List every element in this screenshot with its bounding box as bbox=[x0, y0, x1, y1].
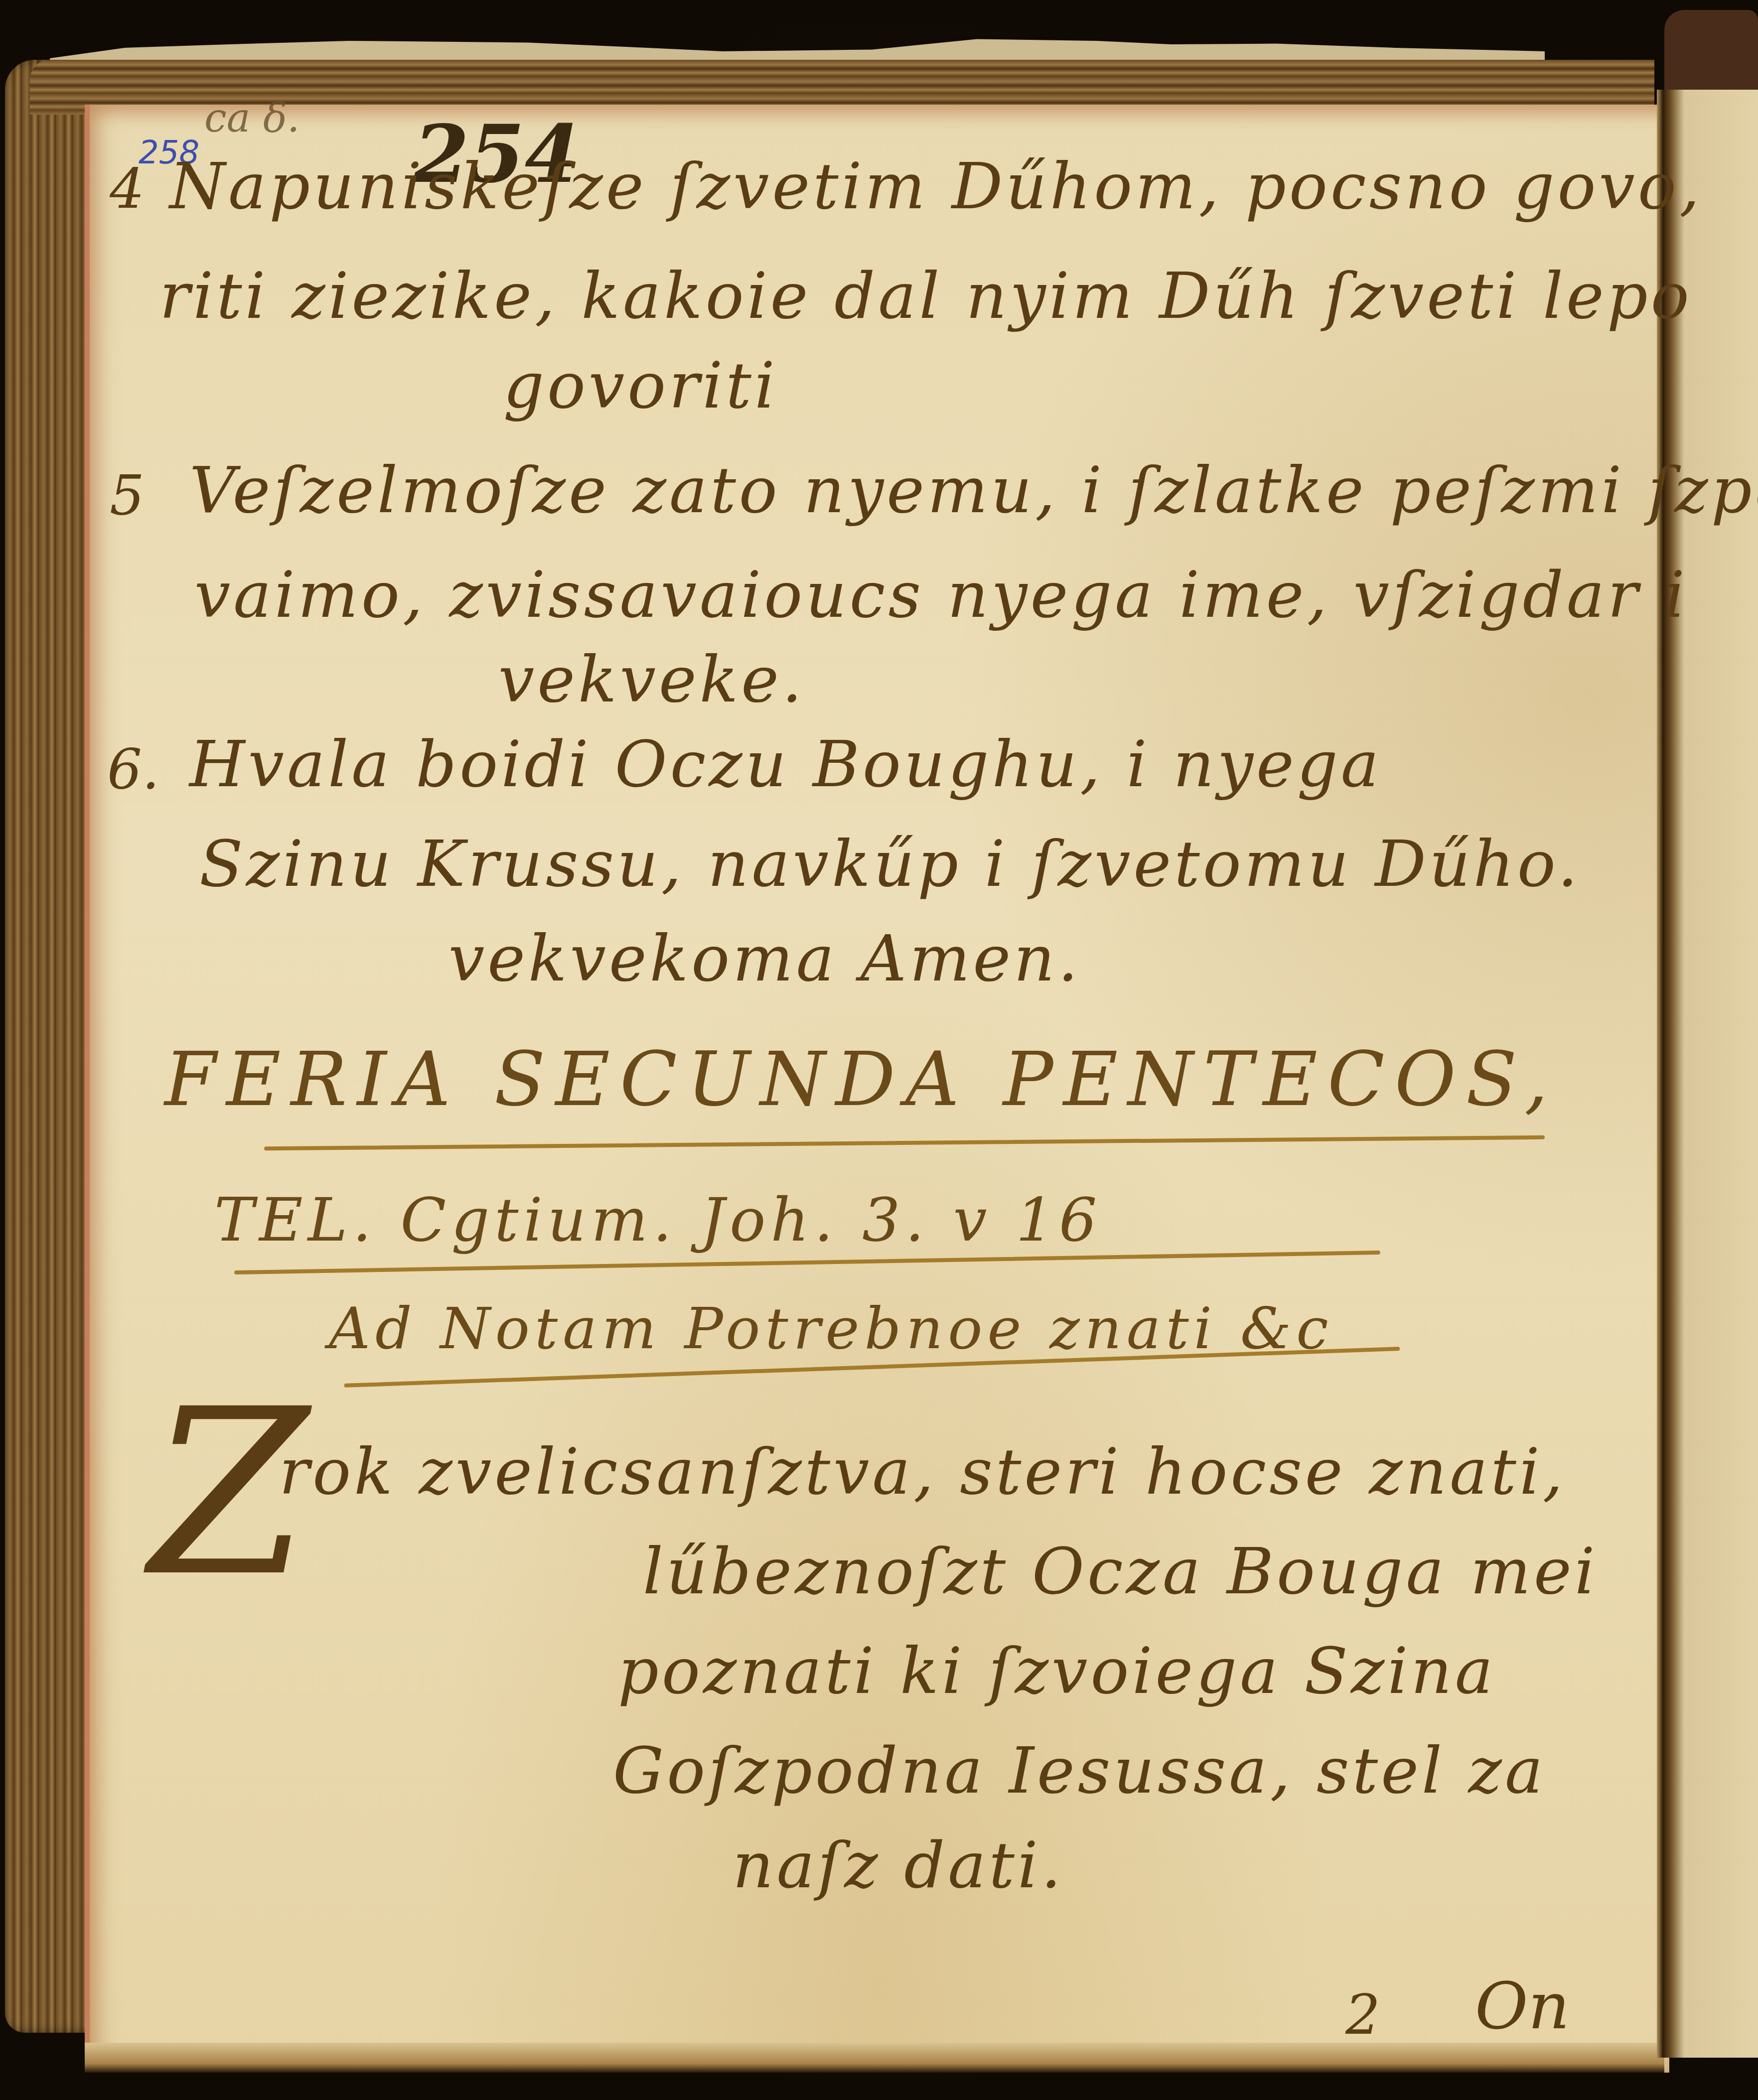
paragraph-line: poznati ki ſzvoiega Szina bbox=[618, 1634, 1496, 1708]
verse-line: govoriti bbox=[503, 349, 778, 423]
verse-line: vekveke. bbox=[498, 643, 805, 717]
verse-line: riti ziezike, kakoie dal nyim Dűh ſzveti… bbox=[159, 259, 1692, 333]
verse-line: Szinu Krussu, navkűp i ſzvetomu Dűho. bbox=[199, 827, 1581, 901]
verse-number: 4 bbox=[110, 157, 145, 221]
section-note: Ad Notam Potrebnoe znati &c bbox=[329, 1295, 1333, 1362]
facing-page-edge bbox=[1664, 90, 1758, 2058]
verse-number: 5 bbox=[110, 463, 145, 527]
paragraph-line: naſz dati. bbox=[732, 1828, 1064, 1903]
header-fragment: ca δ. bbox=[204, 95, 300, 141]
paragraph-line: Goſzpodna Iesussa, stel za bbox=[613, 1734, 1546, 1808]
section-subtitle: TEL. Cgtium. Joh. 3. v 16 bbox=[214, 1186, 1102, 1255]
verse-number: 6. bbox=[107, 737, 159, 801]
catchword: On bbox=[1475, 1968, 1570, 2044]
binding-fragment bbox=[1664, 10, 1758, 90]
verse-line: Napuniskeſze ſzvetim Dűhom, pocsno govo, bbox=[169, 149, 1703, 224]
verse-line: vekvekoma Amen. bbox=[448, 922, 1081, 996]
verse-line: vaimo, zvissavaioucs nyega ime, vſzigdar… bbox=[194, 558, 1688, 632]
page-bottom-edge bbox=[85, 2043, 1664, 2073]
paragraph-line: rok zvelicsanſztva, steri hocse znati, bbox=[279, 1435, 1566, 1509]
signature-mark: 2 bbox=[1345, 1983, 1380, 2047]
paragraph-line: lűbeznoſzt Oczа Bouga mei bbox=[643, 1535, 1598, 1609]
section-title: FERIA SECUNDA PENTECOS, bbox=[164, 1036, 1558, 1123]
verse-line: Veſzelmoſze zato nyemu, i ſzlatke peſzmi… bbox=[189, 453, 1758, 528]
verse-line: Hvala boidi Oczu Boughu, i nyega bbox=[189, 727, 1382, 802]
